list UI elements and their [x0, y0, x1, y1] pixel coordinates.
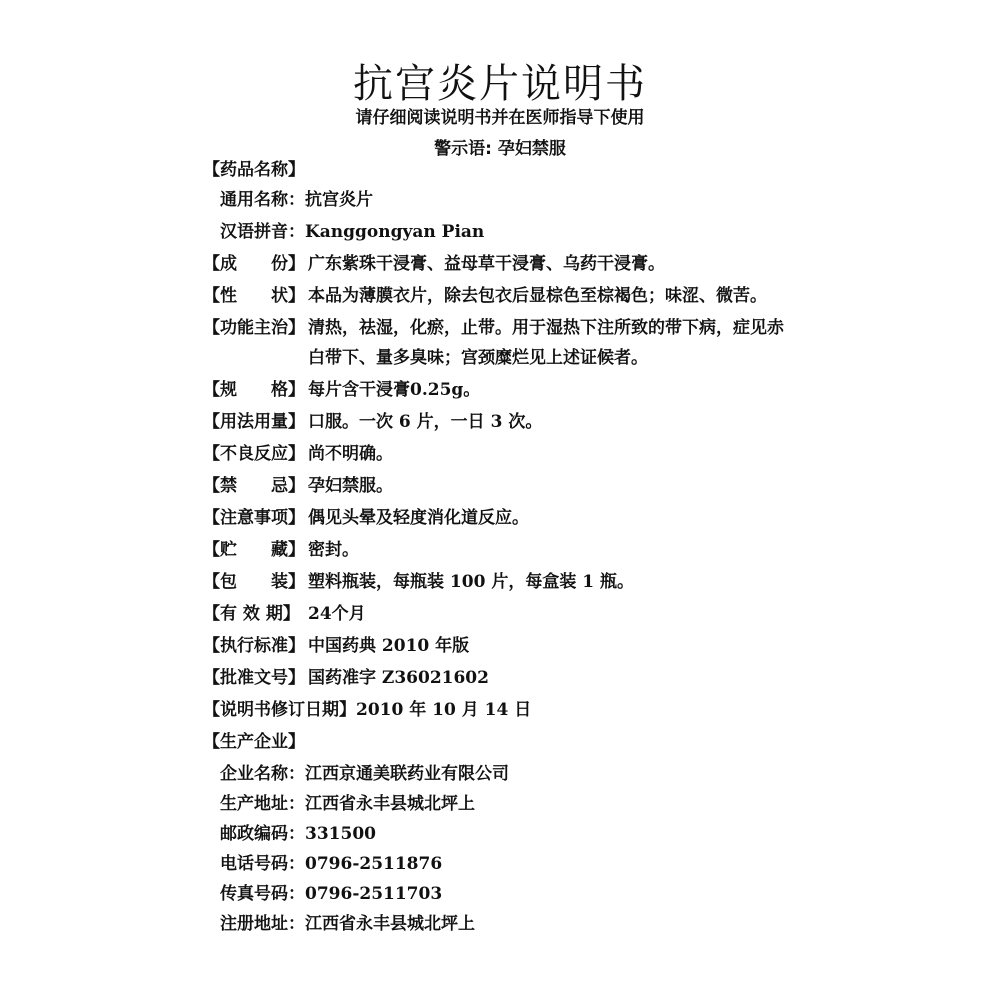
section-revision-date: 【说明书修订日期】2010 年 10 月 14 日	[203, 700, 531, 720]
section-value: 每片含干浸膏0.25g。	[308, 380, 480, 400]
field-value: 江西省永丰县城北坪上	[305, 794, 475, 814]
field-value: Kanggongyan Pian	[305, 222, 484, 242]
field-label: 生产地址：	[220, 794, 305, 814]
section-label: 【有 效 期】	[203, 604, 308, 624]
manufacturer-row: 生产地址：江西省永丰县城北坪上	[220, 794, 475, 814]
field-label: 汉语拼音：	[220, 222, 305, 242]
section-approval: 【批准文号】国药准字 Z36021602	[203, 668, 489, 688]
section-value: 24个月	[308, 604, 366, 624]
section-validity: 【有 效 期】24个月	[203, 604, 366, 624]
section-drug-name: 【药品名称】	[203, 160, 305, 180]
section-appearance: 【性 状】本品为薄膜衣片，除去包衣后显棕色至棕褐色；味涩、微苦。	[203, 286, 767, 306]
field-label: 电话号码：	[220, 854, 305, 874]
section-label: 【生产企业】	[203, 732, 305, 752]
section-label: 【禁 忌】	[203, 476, 308, 496]
section-value: 白带下、量多臭味；宫颈糜烂见上述证候者。	[308, 348, 648, 368]
section-indications-continued: 白带下、量多臭味；宫颈糜烂见上述证候者。	[308, 348, 648, 368]
section-label: 【说明书修订日期】	[203, 700, 356, 720]
field-value: 0796-2511703	[305, 884, 442, 904]
document-subtitle: 请仔细阅读说明书并在医师指导下使用	[0, 103, 1000, 128]
generic-name-row: 通用名称：抗宫炎片	[220, 190, 373, 210]
section-storage: 【贮 藏】密封。	[203, 540, 359, 560]
section-label: 【用法用量】	[203, 412, 308, 432]
section-value: 塑料瓶装，每瓶装 100 片，每盒装 1 瓶。	[308, 572, 634, 592]
manufacturer-row: 电话号码：0796-2511876	[220, 854, 442, 874]
section-label: 【药品名称】	[203, 160, 305, 180]
section-label: 【贮 藏】	[203, 540, 308, 560]
warning-statement: 警示语: 孕妇禁服	[0, 134, 1000, 159]
section-label: 【注意事项】	[203, 508, 308, 528]
section-label: 【功能主治】	[203, 318, 308, 338]
section-dosage: 【用法用量】口服。一次 6 片，一日 3 次。	[203, 412, 542, 432]
manufacturer-row: 邮政编码：331500	[220, 824, 376, 844]
field-label: 注册地址：	[220, 914, 305, 934]
section-label: 【批准文号】	[203, 668, 308, 688]
section-adverse-reactions: 【不良反应】尚不明确。	[203, 444, 393, 464]
section-label: 【规 格】	[203, 380, 308, 400]
manufacturer-row: 注册地址：江西省永丰县城北坪上	[220, 914, 475, 934]
section-label: 【性 状】	[203, 286, 308, 306]
section-value: 本品为薄膜衣片，除去包衣后显棕色至棕褐色；味涩、微苦。	[308, 286, 767, 306]
section-value: 孕妇禁服。	[308, 476, 393, 496]
section-label: 【成 份】	[203, 254, 308, 274]
section-manufacturer: 【生产企业】	[203, 732, 305, 752]
section-precautions: 【注意事项】偶见头晕及轻度消化道反应。	[203, 508, 529, 528]
section-indications: 【功能主治】清热，祛湿，化瘀，止带。用于湿热下注所致的带下病，症见赤	[203, 318, 784, 338]
section-ingredients: 【成 份】广东紫珠干浸膏、益母草干浸膏、乌药干浸膏。	[203, 254, 665, 274]
section-standard: 【执行标准】中国药典 2010 年版	[203, 636, 469, 656]
field-value: 抗宫炎片	[305, 190, 373, 210]
document-title: 抗宫炎片说明书	[0, 52, 1000, 109]
field-label: 传真号码：	[220, 884, 305, 904]
section-value: 广东紫珠干浸膏、益母草干浸膏、乌药干浸膏。	[308, 254, 665, 274]
section-packaging: 【包 装】塑料瓶装，每瓶装 100 片，每盒装 1 瓶。	[203, 572, 634, 592]
section-value: 尚不明确。	[308, 444, 393, 464]
manufacturer-row: 企业名称：江西京通美联药业有限公司	[220, 764, 509, 784]
section-value: 2010 年 10 月 14 日	[356, 700, 531, 720]
field-value: 江西省永丰县城北坪上	[305, 914, 475, 934]
section-value: 中国药典 2010 年版	[308, 636, 469, 656]
field-value: 0796-2511876	[305, 854, 442, 874]
section-value: 口服。一次 6 片，一日 3 次。	[308, 412, 542, 432]
section-value: 国药准字 Z36021602	[308, 668, 489, 688]
field-label: 企业名称：	[220, 764, 305, 784]
section-value: 清热，祛湿，化瘀，止带。用于湿热下注所致的带下病，症见赤	[308, 318, 784, 338]
section-value: 偶见头晕及轻度消化道反应。	[308, 508, 529, 528]
manufacturer-row: 传真号码：0796-2511703	[220, 884, 442, 904]
section-label: 【执行标准】	[203, 636, 308, 656]
pinyin-row: 汉语拼音：Kanggongyan Pian	[220, 222, 484, 242]
section-label: 【包 装】	[203, 572, 308, 592]
section-value: 密封。	[308, 540, 359, 560]
section-contraindications: 【禁 忌】孕妇禁服。	[203, 476, 393, 496]
field-label: 通用名称：	[220, 190, 305, 210]
field-value: 331500	[305, 824, 376, 844]
section-specification: 【规 格】每片含干浸膏0.25g。	[203, 380, 480, 400]
section-label: 【不良反应】	[203, 444, 308, 464]
field-value: 江西京通美联药业有限公司	[305, 764, 509, 784]
field-label: 邮政编码：	[220, 824, 305, 844]
